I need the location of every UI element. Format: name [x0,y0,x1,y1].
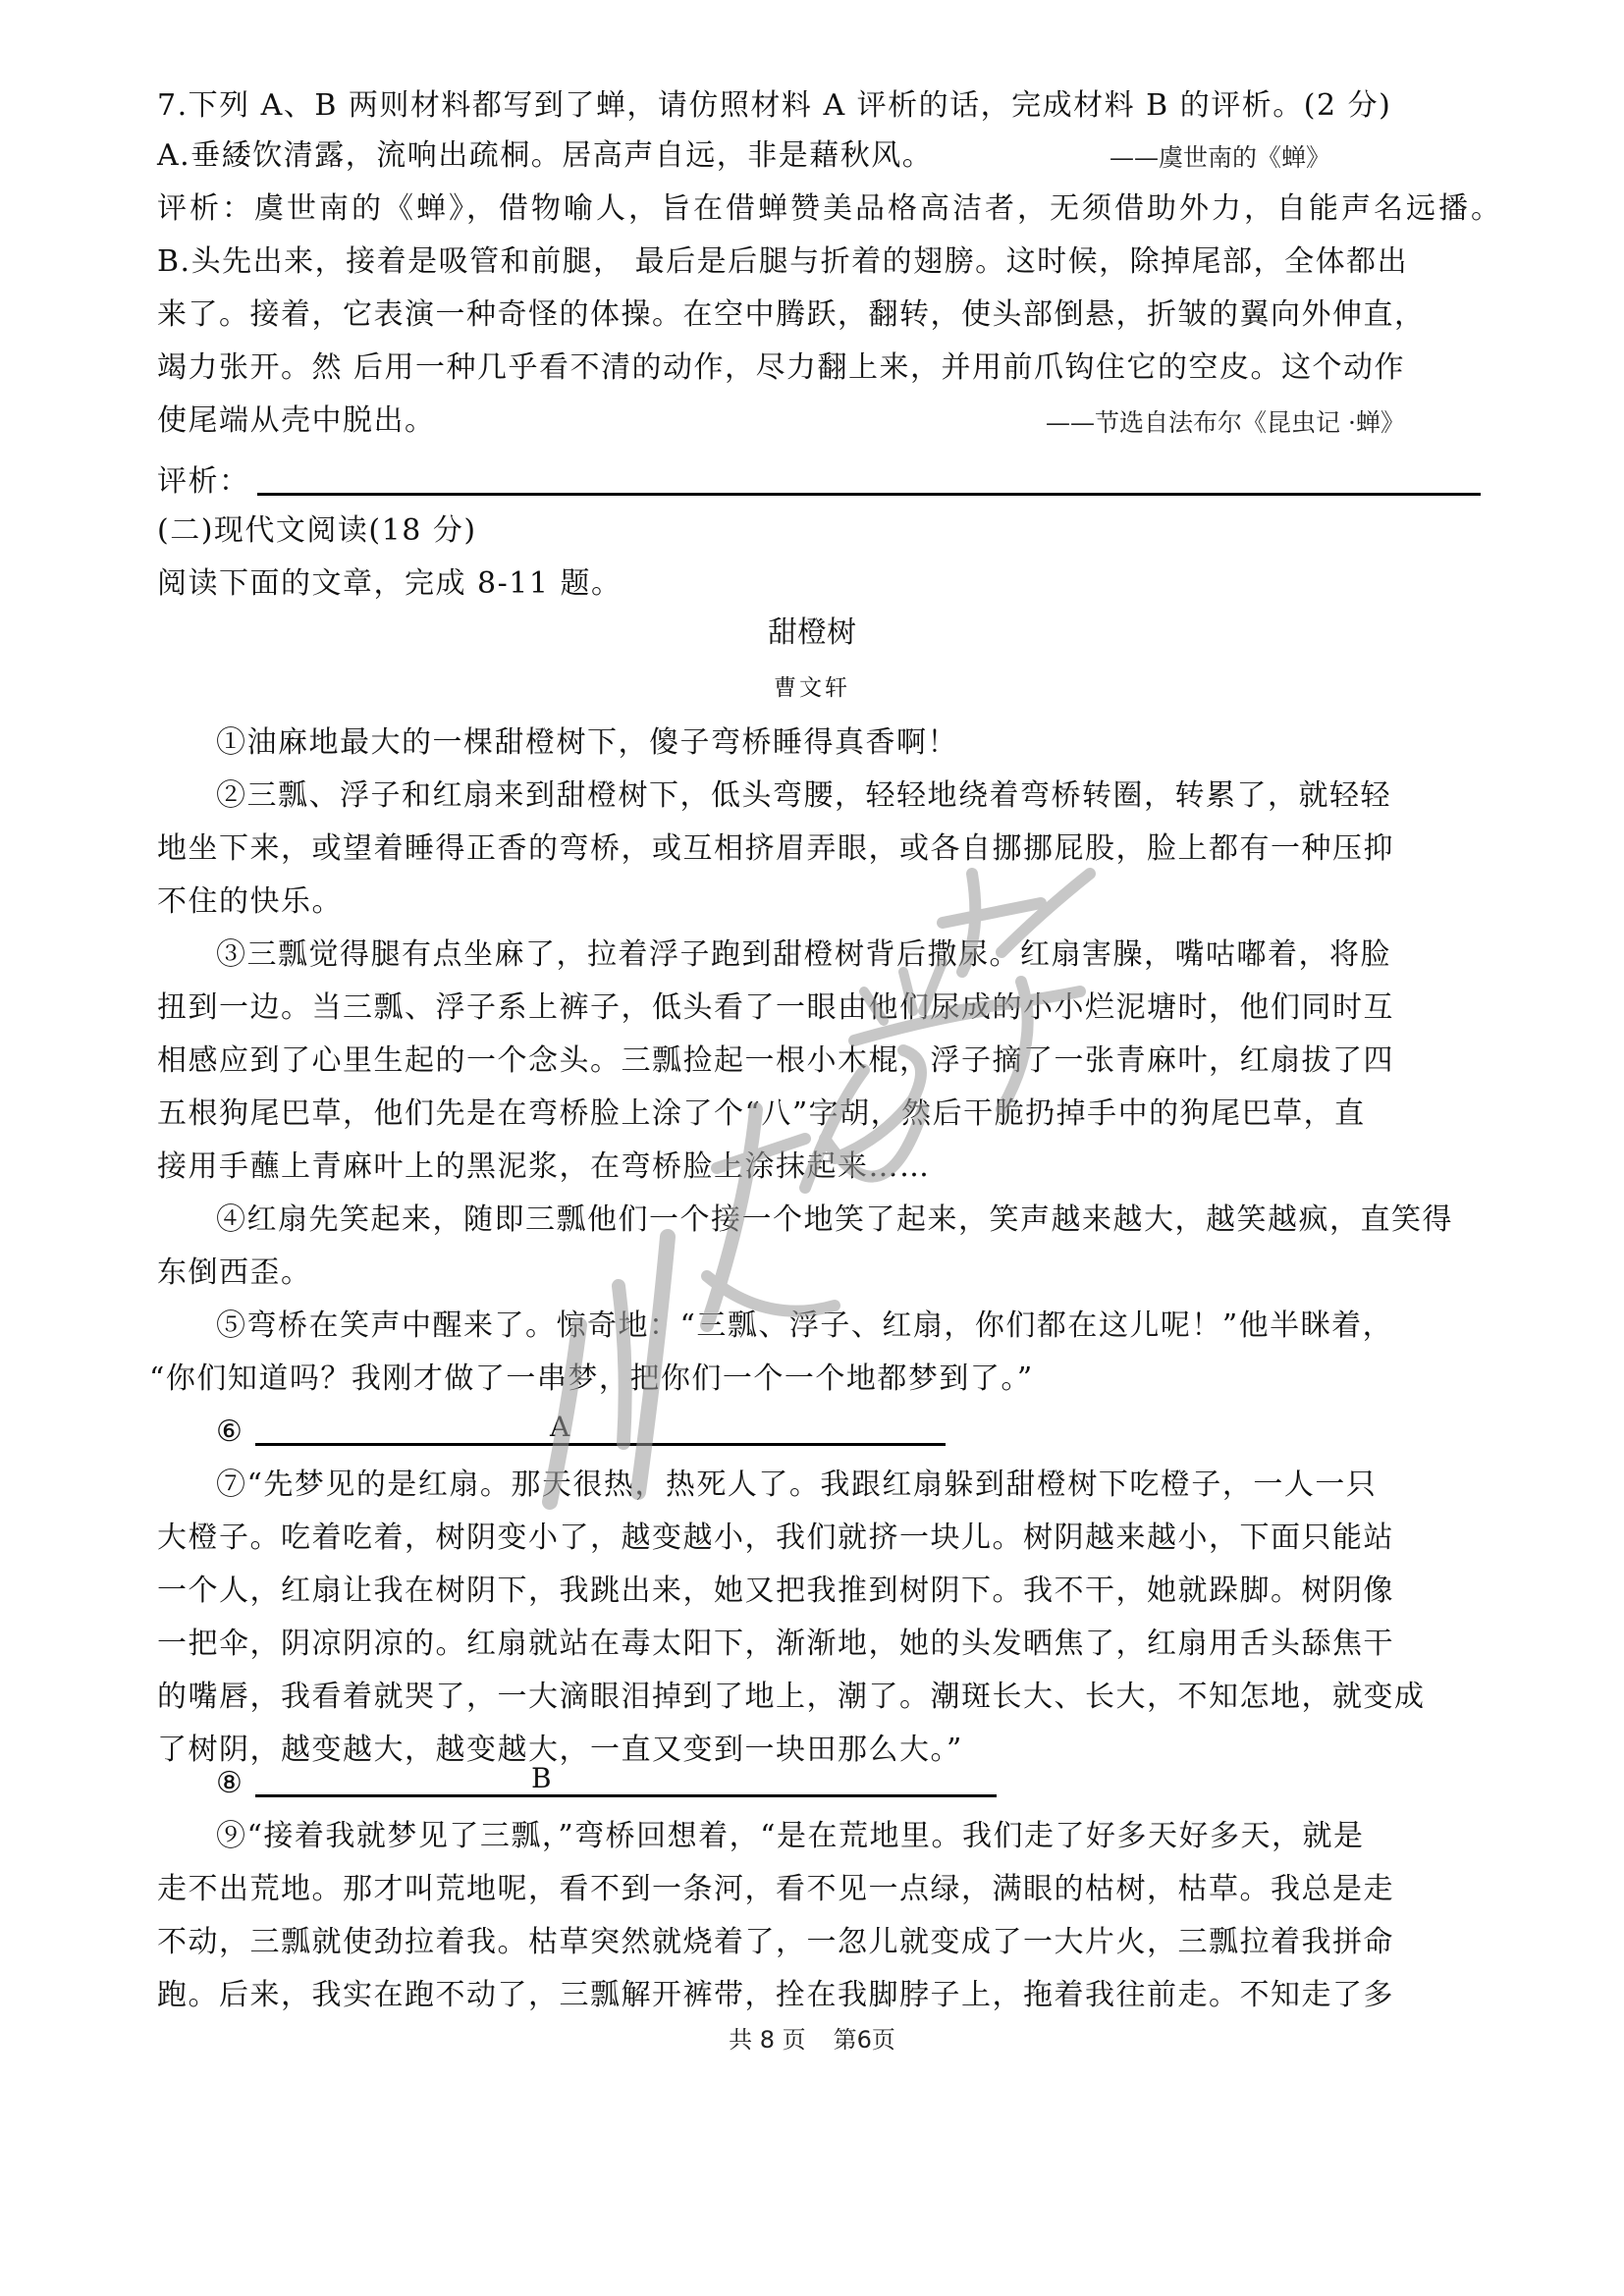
paragraph-9-line: 不动，三瓢就使劲拉着我。枯草突然就烧着了，一忽儿就变成了一大片火，三瓢拉着我拼命 [157,1923,1483,1962]
paragraph-4-line: 东倒西歪。 [157,1254,1483,1293]
paragraph-7-line: 的嘴唇，我看着就哭了，一大滴眼泪掉到了地上，潮了。潮斑长大、长大，不知怎地，就变… [157,1678,1483,1717]
question-7-prompt: 7.下列 A、B 两则材料都写到了蝉，请仿照材料 A 评析的话，完成材料 B 的… [157,86,1483,126]
paragraph-7-line: 大橙子。吃着吃着，树阴变小了，越变越小，我们就挤一块儿。树阴越来越小，下面只能站 [157,1519,1483,1558]
section-heading: (二)现代文阅读(18 分) [157,511,1483,551]
material-b-line: B.头先出来，接着是吸管和前腿， 最后是后腿与折着的翅膀。这时候，除掉尾部，全体… [157,242,1483,282]
paragraph-4-line: ④红扇先笑起来，随即三瓢他们一个接一个地笑了起来，笑声越来越大，越笑越疯，直笑得 [216,1201,1542,1240]
material-b-analysis-answer-line[interactable] [257,493,1481,496]
paragraph-5-line: ⑤弯桥在笑声中醒来了。惊奇地：“三瓢、浮子、红扇，你们都在这儿呢！”他半眯着， [216,1307,1542,1346]
material-b-line: 来了。接着，它表演一种奇怪的体操。在空中腾跃，翻转，使头部倒悬，折皱的翼向外伸直… [157,295,1483,335]
material-a-analysis: 评析：虞世南的《蝉》，借物喻人，旨在借蝉赞美品格高洁者，无须借助外力，自能声名远… [157,189,1483,229]
article-title: 甜橙树 [0,614,1624,653]
total-pages: 共 8 页 [729,2026,806,2054]
article-author: 曹文轩 [0,673,1624,703]
paragraph-3-line: ③三瓢觉得腿有点坐麻了，拉着浮子跑到甜橙树背后撒尿。红扇害臊，嘴咕嘟着，将脸 [216,935,1542,975]
paragraph-7-line: 了树阴，越变越大，越变越大，一直又变到一块田那么大。” [157,1731,1483,1770]
paragraph-5-line: “你们知道吗？我刚才做了一串梦，把你们一个一个地都梦到了。” [149,1360,1475,1399]
material-a-attribution: ——虞世南的《蝉》 [1110,141,1330,175]
blank-b-answer-line[interactable] [255,1794,997,1797]
page-footer: 共 8 页第6页 [0,2020,1624,2055]
paragraph-9-line: ⑨“接着我就梦见了三瓢，”弯桥回想着，“是在荒地里。我们走了好多天好多天，就是 [216,1817,1542,1856]
paragraph-2-line: 不住的快乐。 [157,882,1483,922]
paragraph-9-line: 走不出荒地。那才叫荒地呢，看不到一条河，看不见一点绿，满眼的枯树，枯草。我总是走 [157,1870,1483,1909]
material-b-attribution: ——节选自法布尔《昆虫记 ·蝉》 [1046,406,1405,440]
exam-page: 7.下列 A、B 两则材料都写到了蝉，请仿照材料 A 评析的话，完成材料 B 的… [0,0,1624,2296]
paragraph-8-number: ⑧ [216,1764,244,1803]
blank-a-label: A [550,1411,569,1444]
paragraph-2-line: 地坐下来，或望着睡得正香的弯桥，或互相挤眉弄眼，或各自挪挪屁股，脸上都有一种压抑 [157,829,1483,869]
paragraph-6-number: ⑥ [216,1413,244,1452]
paragraph-9-line: 跑。后来，我实在跑不动了，三瓢解开裤带，拴在我脚脖子上，拖着我往前走。不知走了多 [157,1976,1483,2015]
paragraph-7-line: ⑦“先梦见的是红扇。那天很热，热死人了。我跟红扇躲到甜橙树下吃橙子，一人一只 [216,1466,1542,1505]
blank-b-label: B [531,1762,552,1795]
paragraph-1-line: ①油麻地最大的一棵甜橙树下，傻子弯桥睡得真香啊！ [216,723,1542,763]
current-page: 第6页 [834,2026,895,2054]
paragraph-7-line: 一把伞，阴凉阴凉的。红扇就站在毒太阳下，渐渐地，她的头发晒焦了，红扇用舌头舔焦干 [157,1625,1483,1664]
section-instruction: 阅读下面的文章，完成 8-11 题。 [157,564,1483,604]
paragraph-3-line: 相感应到了心里生起的一个念头。三瓢捡起一根小木棍，浮子摘了一张青麻叶，红扇拔了四 [157,1041,1483,1081]
paragraph-3-line: 扭到一边。当三瓢、浮子系上裤子，低头看了一眼由他们尿成的小小烂泥塘时，他们同时互 [157,988,1483,1028]
blank-a-answer-line[interactable] [255,1443,946,1446]
paragraph-7-line: 一个人，红扇让我在树阴下，我跳出来，她又把我推到树阴下。我不干，她就跺脚。树阴像 [157,1572,1483,1611]
paragraph-2-line: ②三瓢、浮子和红扇来到甜橙树下，低头弯腰，轻轻地绕着弯桥转圈，转累了，就轻轻 [216,776,1542,816]
paragraph-3-line: 五根狗尾巴草，他们先是在弯桥脸上涂了个“八”字胡，然后干脆扔掉手中的狗尾巴草，直 [157,1095,1483,1134]
material-b-line: 竭力张开。然 后用一种几乎看不清的动作，尽力翻上来，并用前爪钩住它的空皮。这个动… [157,348,1483,388]
material-b-analysis-label: 评析： [157,462,250,502]
paragraph-3-line: 接用手蘸上青麻叶上的黑泥浆，在弯桥脸上涂抹起来…… [157,1148,1483,1187]
